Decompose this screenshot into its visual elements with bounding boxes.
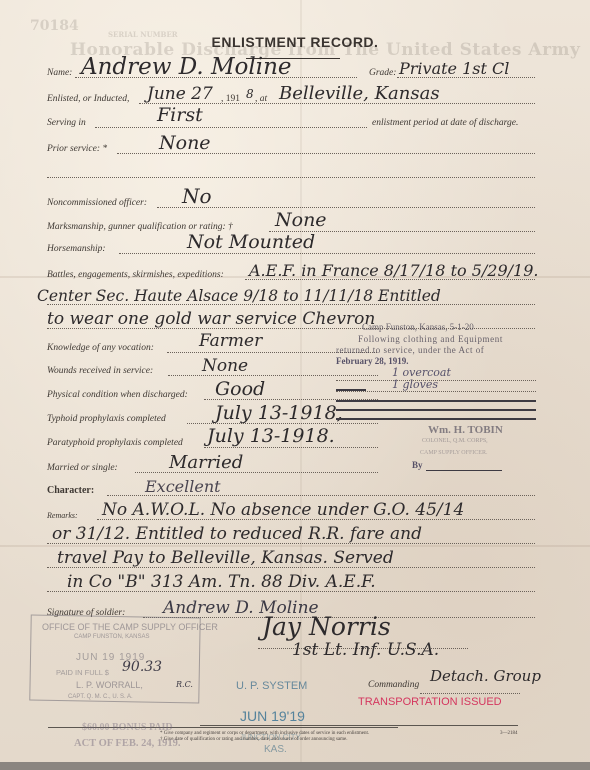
clothing-stamp-line-1: Following clothing and Equipment	[358, 334, 503, 344]
remarks-line-4: in Co "B" 313 Am. Tn. 88 Div. A.E.F.	[67, 572, 376, 592]
nco-value: No	[182, 184, 212, 208]
horsemanship-row: Horsemanship: Not Mounted	[47, 236, 537, 256]
serving-suffix: enlistment period at date of discharge.	[372, 118, 518, 128]
clothing-item-2: 1 gloves	[392, 378, 438, 391]
grade-label: Grade:	[369, 68, 396, 78]
enlisted-year-prefix: , 191	[221, 94, 240, 104]
commanding-line	[420, 693, 520, 694]
ghost-serial-number: 70184	[30, 18, 79, 34]
typhoid-label: Typhoid prophylaxis completed	[47, 414, 166, 424]
physical-row: Physical condition when discharged: Good	[47, 382, 537, 402]
supply-stamp-officer: L. P. WORRALL,	[76, 680, 143, 690]
paratyphoid-value: July 13-1918.	[207, 425, 335, 447]
supply-stamp-initials: R.C.	[176, 680, 193, 689]
wounds-row: Wounds received in service: None	[47, 358, 537, 378]
enlisted-label: Enlisted, or Inducted,	[47, 94, 129, 104]
strike-mark	[336, 418, 536, 420]
wounds-label: Wounds received in service:	[47, 366, 153, 376]
clothing-item-line-2	[336, 391, 536, 392]
up-system-stamp-location-2: KAS.	[264, 744, 287, 755]
tobin-by-label: By	[412, 460, 423, 470]
battles-row-2: Center Sec. Haute Alsace 9/18 to 11/11/1…	[47, 287, 537, 307]
horsemanship-value: Not Mounted	[187, 231, 315, 253]
footnote-2: † Give date of qualification or rating a…	[160, 737, 348, 742]
tobin-stamp-title: COLONEL, Q.M. CORPS,	[422, 438, 488, 444]
serving-line	[95, 127, 367, 128]
supply-stamp-officer-title: CAPT. Q. M. C., U. S. A.	[68, 694, 133, 700]
wounds-value: None	[202, 356, 248, 376]
character-value: Excellent	[145, 477, 221, 496]
remarks-line-3: travel Pay to Belleville, Kansas. Served	[57, 548, 394, 568]
married-value: Married	[169, 452, 243, 473]
typhoid-value: July 13-1918,	[215, 402, 343, 424]
supply-stamp-location: CAMP FUNSTON, KANSAS	[74, 634, 149, 640]
remarks-row-2: or 31/12. Entitled to reduced R.R. fare …	[47, 526, 537, 546]
up-system-stamp-title: U. P. SYSTEM	[236, 680, 307, 692]
remarks-row-4: in Co "B" 313 Am. Tn. 88 Div. A.E.F.	[47, 574, 537, 594]
battles-line-3: to wear one gold war service Chevron	[47, 309, 375, 329]
remarks-line-1: No A.W.O.L. No absence under G.O. 45/14	[102, 500, 464, 520]
commanding-label: Commanding	[368, 680, 419, 690]
prior-service-value: None	[159, 132, 211, 154]
officer-title: 1st Lt. Inf. U.S.A.	[292, 640, 439, 660]
married-row: Married or single: Married	[47, 455, 537, 475]
enlisted-at-label: , at	[255, 94, 267, 104]
paratyphoid-line	[204, 447, 378, 448]
married-label: Married or single:	[47, 463, 118, 473]
name-label: Name:	[47, 68, 72, 78]
battles-row: Battles, engagements, skirmishes, expedi…	[47, 262, 537, 282]
supply-stamp-amount: 90.33	[122, 659, 162, 675]
serving-label: Serving in	[47, 118, 86, 128]
tobin-stamp-name: Wm. H. TOBIN	[428, 424, 503, 436]
serving-row: Serving in First enlistment period at da…	[47, 110, 537, 130]
prior-service-label: Prior service: *	[47, 144, 107, 154]
marksmanship-value: None	[275, 209, 327, 231]
paper-edge	[0, 762, 590, 770]
by-line	[426, 470, 502, 471]
prior-service-row-2	[47, 160, 537, 180]
tobin-stamp-role: CAMP SUPPLY OFFICER.	[420, 450, 487, 456]
nco-label: Noncommissioned officer:	[47, 198, 147, 208]
remarks-row-3: travel Pay to Belleville, Kansas. Served	[47, 550, 537, 570]
transportation-issued-stamp: TRANSPORTATION ISSUED	[358, 696, 502, 708]
vocation-label: Knowledge of any vocation:	[47, 343, 154, 353]
character-label: Character:	[47, 485, 94, 496]
prior-service-row: Prior service: * None	[47, 136, 537, 156]
battles-line-2: Center Sec. Haute Alsace 9/18 to 11/11/1…	[37, 287, 441, 305]
name-row: Name: Andrew D. Moline Grade: Private 1s…	[47, 60, 537, 80]
enlisted-place-value: Belleville, Kansas	[279, 83, 440, 104]
battles-label: Battles, engagements, skirmishes, expedi…	[47, 270, 224, 280]
clothing-stamp-line-3: February 28, 1919.	[336, 356, 409, 366]
footer-rule-right	[200, 725, 518, 726]
enlisted-date-value: June 27	[147, 84, 213, 104]
character-row: Character: Excellent	[47, 478, 537, 498]
horsemanship-label: Horsemanship:	[47, 244, 106, 254]
vocation-value: Farmer	[199, 331, 262, 351]
serving-value: First	[157, 104, 203, 126]
paratyphoid-label: Paratyphoid prophylaxis completed	[47, 438, 183, 448]
physical-label: Physical condition when discharged:	[47, 390, 188, 400]
supply-stamp-paid-label: PAID IN FULL $	[56, 668, 109, 677]
grade-value: Private 1st Cl	[399, 59, 509, 78]
commanding-value: Detach. Group	[430, 667, 541, 685]
clothing-stamp-location: Camp Funston, Kansas, 5-1-20	[362, 322, 474, 332]
clothing-stamp-line-2: returned to service, under the Act of	[336, 345, 484, 355]
battles-line-1: A.E.F. in France 8/17/18 to 5/29/19.	[249, 261, 538, 280]
nco-line	[157, 207, 535, 208]
strike-mark	[336, 409, 536, 411]
wounds-line	[168, 375, 378, 376]
enlisted-year-value: 8	[246, 87, 254, 101]
remarks-line-2: or 31/12. Entitled to reduced R.R. fare …	[52, 524, 422, 544]
form-number: 3—2184	[500, 731, 518, 736]
prior-service-line-2	[47, 177, 535, 178]
physical-value: Good	[215, 378, 265, 400]
name-value: Andrew D. Moline	[81, 54, 292, 80]
enlisted-row: Enlisted, or Inducted, June 27 , 191 8 ,…	[47, 86, 537, 106]
document-title: ENLISTMENT RECORD.	[0, 34, 590, 50]
up-system-stamp-date: JUN 19'19	[240, 708, 305, 724]
remarks-row: Remarks: No A.W.O.L. No absence under G.…	[47, 502, 537, 522]
horsemanship-line	[119, 253, 535, 254]
supply-stamp-title: OFFICE OF THE CAMP SUPPLY OFFICER	[42, 622, 218, 632]
strike-mark	[336, 400, 536, 402]
footnote-1: * Give company and regiment or corps or …	[160, 731, 369, 736]
discharge-document: 70184 SERIAL NUMBER Honorable Discharge …	[0, 0, 590, 762]
officer-signature: Jay Norris	[262, 612, 391, 641]
nco-row: Noncommissioned officer: No	[47, 190, 537, 210]
remarks-label: Remarks:	[47, 511, 78, 520]
